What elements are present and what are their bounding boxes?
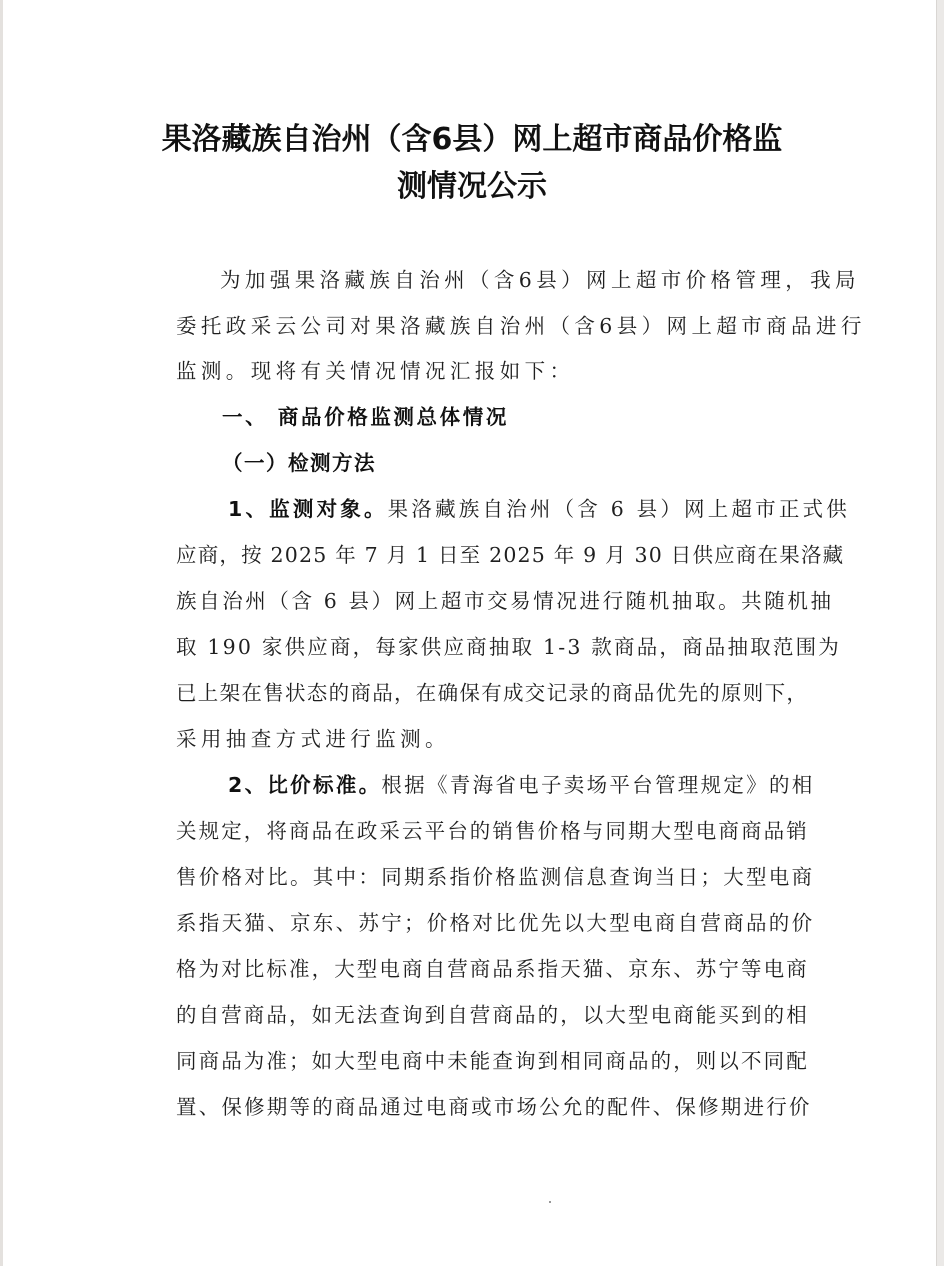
item2-line-2: 关规定，将商品在政采云平台的销售价格与同期大型电商商品销 — [176, 816, 790, 846]
item2-line-7: 同商品为准；如大型电商中未能查询到相同商品的，则以不同配 — [176, 1046, 790, 1076]
item2-line-5: 格为对比标准，大型电商自营商品系指天猫、京东、苏宁等电商 — [176, 954, 790, 984]
item1-line-4: 取 190 家供应商，每家供应商抽取 1-3 款商品，商品抽取范围为 — [176, 632, 790, 662]
document-title-line-2: 测情况公示 — [0, 160, 944, 214]
item1-text: 果洛藏族自治州（含 6 县）网上超市正式供 — [388, 497, 850, 521]
item2-label: 2、比价标准。 — [228, 773, 381, 797]
item1-line-6: 采用抽查方式进行监测。 — [176, 724, 790, 754]
item1-label: 1、监测对象。 — [228, 497, 388, 521]
item2-first-line: 2、比价标准。根据《青海省电子卖场平台管理规定》的相 — [228, 770, 790, 800]
section-heading-1: 一、 商品价格监测总体情况 — [222, 402, 509, 432]
item2-line-6: 的自营商品，如无法查询到自营商品的，以大型电商能买到的相 — [176, 1000, 790, 1030]
item1-first-line: 1、监测对象。果洛藏族自治州（含 6 县）网上超市正式供 — [228, 494, 790, 524]
intro-line-3: 监测。现将有关情况情况汇报如下： — [176, 356, 790, 386]
item2-line-3: 售价格对比。其中：同期系指价格监测信息查询当日；大型电商 — [176, 862, 790, 892]
item2-line-4: 系指天猫、京东、苏宁；价格对比优先以大型电商自营商品的价 — [176, 908, 790, 938]
item1-line-3: 族自治州（含 6 县）网上超市交易情况进行随机抽取。共随机抽 — [176, 586, 790, 616]
item1-line-5: 已上架在售状态的商品，在确保有成交记录的商品优先的原则下， — [176, 678, 790, 708]
intro-line-1: 为加强果洛藏族自治州（含6县）网上超市价格管理，我局 — [220, 265, 790, 295]
item1-line-2: 应商，按 2025 年 7 月 1 日至 2025 年 9 月 30 日供应商在… — [176, 540, 790, 570]
document-title-line-1: 果洛藏族自治州（含6县）网上超市商品价格监 — [0, 113, 944, 167]
intro-line-2: 委托政采云公司对果洛藏族自治州（含6县）网上超市商品进行 — [176, 311, 790, 341]
item2-line-8: 置、保修期等的商品通过电商或市场公允的配件、保修期进行价 — [176, 1092, 790, 1122]
scan-speck — [549, 1201, 551, 1203]
item2-text: 根据《青海省电子卖场平台管理规定》的相 — [381, 773, 814, 797]
subsection-heading-1: （一）检测方法 — [222, 448, 376, 478]
